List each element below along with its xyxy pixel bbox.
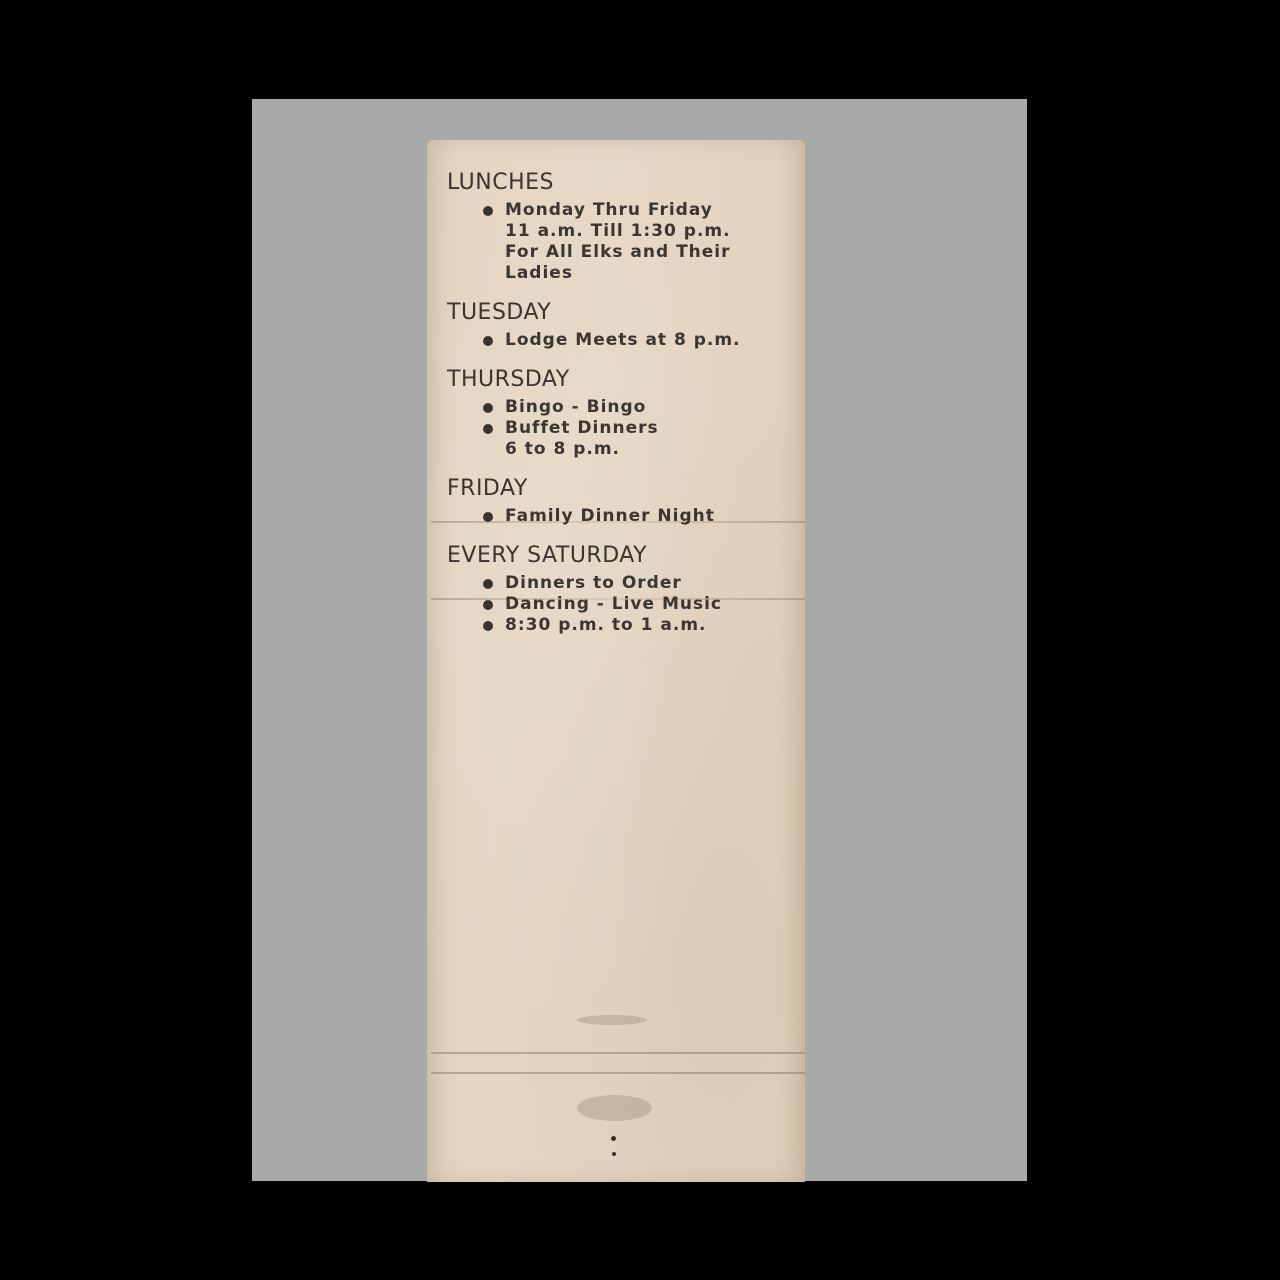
item-text: Ladies (505, 263, 795, 284)
striker-fold-line (431, 1072, 805, 1074)
item-text: For All Elks and Their (505, 242, 795, 263)
schedule-item: Dinners to Order (483, 573, 795, 594)
staple-hole (612, 1152, 616, 1156)
schedule-item: Lodge Meets at 8 p.m. (483, 330, 795, 351)
item-text: Dancing - Live Music (505, 594, 795, 615)
item-text: Dinners to Order (505, 573, 795, 594)
staple-hole (611, 1136, 616, 1141)
schedule-section: FRIDAYFamily Dinner Night (447, 476, 795, 527)
schedule-item: Dancing - Live Music (483, 594, 795, 615)
item-text: 8:30 p.m. to 1 a.m. (505, 615, 795, 636)
bullet-icon (483, 424, 493, 434)
schedule-item: Buffet Dinners6 to 8 p.m. (483, 418, 795, 460)
bullet-icon (483, 206, 493, 216)
matchbook-cover: LUNCHESMonday Thru Friday11 a.m. Till 1:… (427, 140, 805, 1182)
bullet-icon (483, 336, 493, 346)
bullet-icon (483, 512, 493, 522)
bullet-icon (483, 621, 493, 631)
section-heading: EVERY SATURDAY (447, 543, 795, 569)
bullet-icon (483, 579, 493, 589)
wear-mark (577, 1015, 647, 1025)
item-text: Family Dinner Night (505, 506, 795, 527)
bullet-icon (483, 600, 493, 610)
schedule-item: 8:30 p.m. to 1 a.m. (483, 615, 795, 636)
item-text: Monday Thru Friday (505, 200, 795, 221)
schedule-item: Family Dinner Night (483, 506, 795, 527)
striker-fold-line (431, 1052, 805, 1054)
schedule-item: Monday Thru Friday11 a.m. Till 1:30 p.m.… (483, 200, 795, 284)
item-text: Lodge Meets at 8 p.m. (505, 330, 795, 351)
section-heading: THURSDAY (447, 367, 795, 393)
schedule-item: Bingo - Bingo (483, 397, 795, 418)
item-text: Bingo - Bingo (505, 397, 795, 418)
schedule-section: TUESDAYLodge Meets at 8 p.m. (447, 300, 795, 351)
bullet-icon (483, 403, 493, 413)
item-text: 11 a.m. Till 1:30 p.m. (505, 221, 795, 242)
event-schedule: LUNCHESMonday Thru Friday11 a.m. Till 1:… (447, 170, 795, 652)
staple-dent (577, 1095, 652, 1121)
schedule-section: LUNCHESMonday Thru Friday11 a.m. Till 1:… (447, 170, 795, 284)
item-text: Buffet Dinners (505, 418, 795, 439)
section-heading: TUESDAY (447, 300, 795, 326)
section-heading: LUNCHES (447, 170, 795, 196)
section-heading: FRIDAY (447, 476, 795, 502)
schedule-section: THURSDAYBingo - BingoBuffet Dinners6 to … (447, 367, 795, 460)
item-text: 6 to 8 p.m. (505, 439, 795, 460)
schedule-section: EVERY SATURDAYDinners to OrderDancing - … (447, 543, 795, 636)
